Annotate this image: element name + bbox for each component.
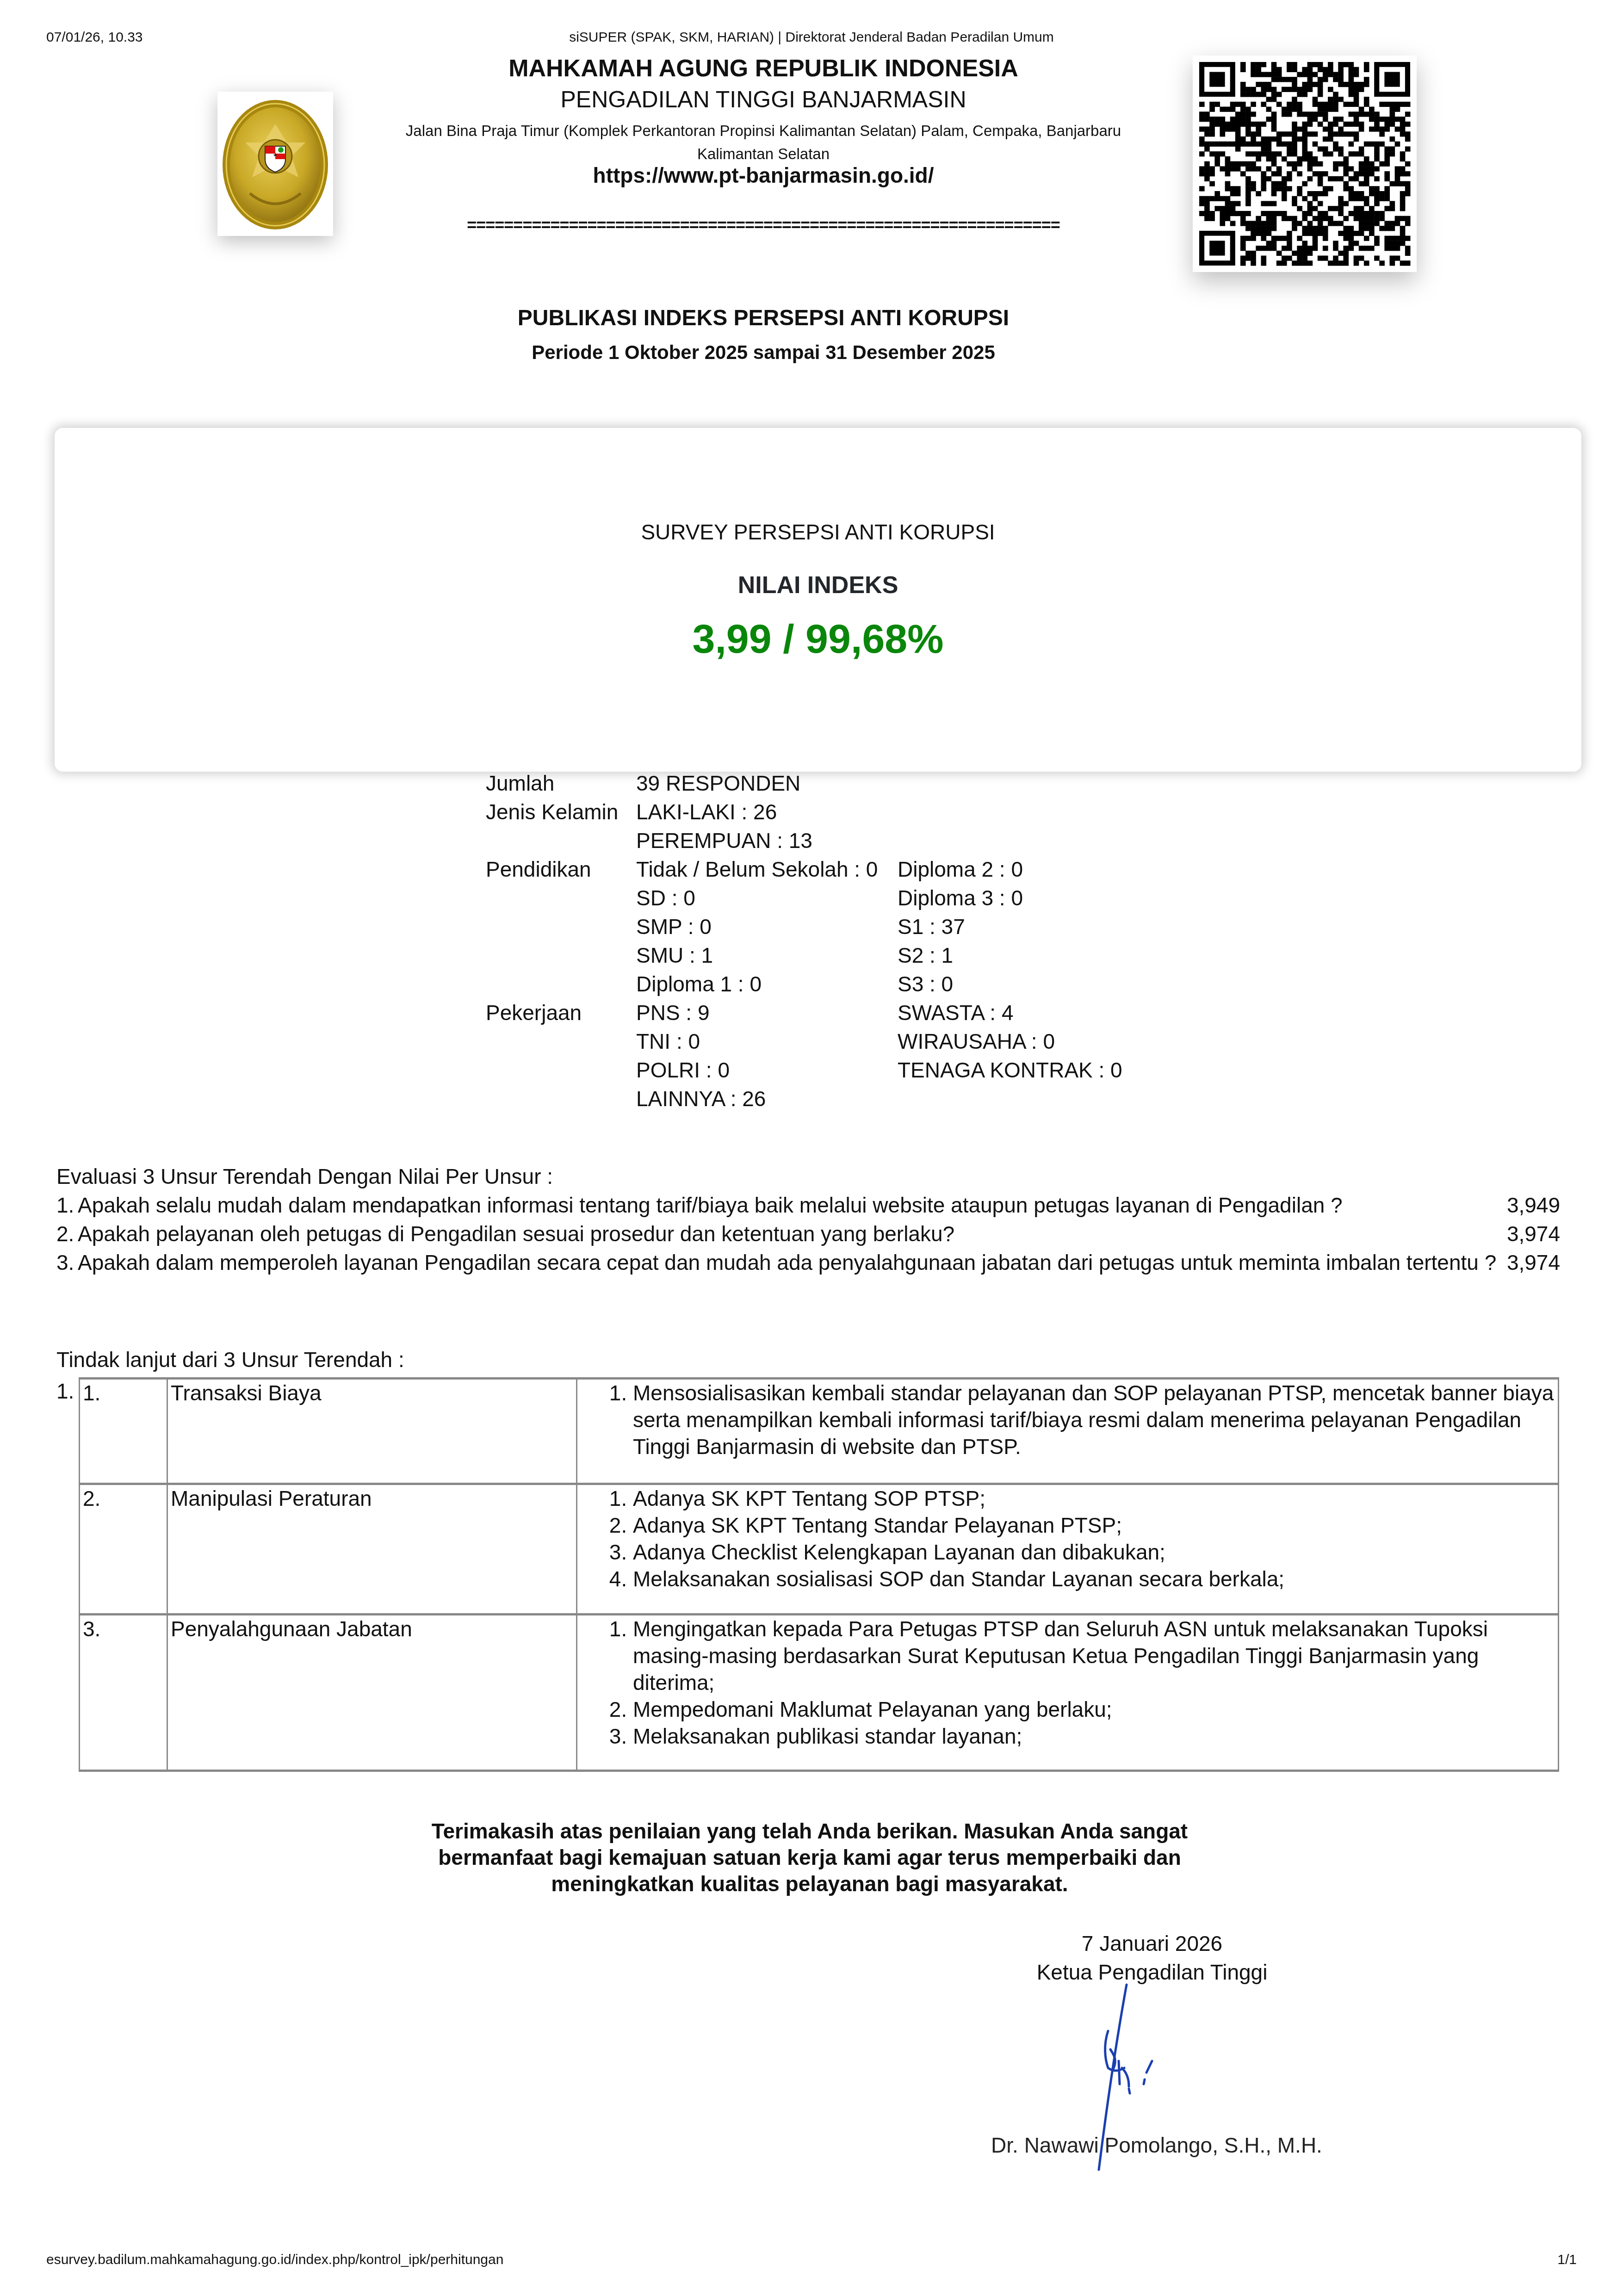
qr-code-icon: [1193, 56, 1417, 272]
evaluation-title: Evaluasi 3 Unsur Terendah Dengan Nilai P…: [56, 1162, 1560, 1191]
table-row: 1.Transaksi BiayaMensosialisasikan kemba…: [80, 1379, 1559, 1484]
respondent-row: Jenis KelaminLAKI-LAKI : 26: [486, 798, 1122, 826]
follow-up-action-item: Mensosialisasikan kembali standar pelaya…: [633, 1380, 1555, 1460]
court-address: Jalan Bina Praja Timur (Komplek Perkanto…: [356, 119, 1171, 166]
header-separator: ========================================…: [356, 217, 1171, 233]
page-number: 1/1: [1557, 2252, 1577, 2268]
respondent-value-secondary: Diploma 3 : 0: [898, 884, 1023, 912]
signer-name: Dr. Nawawi Pomolango, S.H., M.H.: [925, 2133, 1388, 2158]
separator-line-1: ========================================…: [356, 217, 1171, 233]
respondent-value: PNS : 9: [636, 998, 898, 1027]
respondent-value-secondary: TENAGA KONTRAK : 0: [898, 1056, 1122, 1084]
respondent-value-secondary: S1 : 37: [898, 912, 965, 941]
respondent-category: [486, 1084, 636, 1113]
follow-up-number: 3.: [80, 1615, 167, 1771]
follow-up-action-item: Mempedomani Maklumat Pelayanan yang berl…: [633, 1696, 1555, 1723]
respondent-value: SD : 0: [636, 884, 898, 912]
evaluation-section: Evaluasi 3 Unsur Terendah Dengan Nilai P…: [56, 1162, 1560, 1277]
evaluation-question: Apakah pelayanan oleh petugas di Pengadi…: [78, 1219, 1500, 1248]
follow-up-number: 2.: [80, 1484, 167, 1615]
respondent-row: POLRI : 0TENAGA KONTRAK : 0: [486, 1056, 1122, 1084]
index-card: SURVEY PERSEPSI ANTI KORUPSI NILAI INDEK…: [55, 428, 1581, 772]
respondent-value: TNI : 0: [636, 1027, 898, 1056]
respondent-category: [486, 826, 636, 855]
evaluation-item-number: 1.: [56, 1191, 78, 1219]
index-label: NILAI INDEKS: [55, 571, 1581, 599]
follow-up-number: 1.: [80, 1379, 167, 1484]
qr-code: [1193, 56, 1417, 272]
respondent-value: LAKI-LAKI : 26: [636, 798, 898, 826]
respondent-category: Jenis Kelamin: [486, 798, 636, 826]
respondent-value: Diploma 1 : 0: [636, 970, 898, 998]
respondent-row: Jumlah39 RESPONDEN: [486, 769, 1122, 798]
mahkamah-agung-emblem-icon: [217, 92, 333, 236]
respondent-category: Pekerjaan: [486, 998, 636, 1027]
respondent-category: [486, 970, 636, 998]
survey-label: SURVEY PERSEPSI ANTI KORUPSI: [55, 520, 1581, 545]
respondent-value-secondary: S2 : 1: [898, 941, 953, 970]
publication-title: PUBLIKASI INDEKS PERSEPSI ANTI KORUPSI: [356, 305, 1171, 331]
follow-up-table: 1.Transaksi BiayaMensosialisasikan kemba…: [79, 1377, 1559, 1772]
address-line-2: Kalimantan Selatan: [356, 142, 1171, 166]
follow-up-action-item: Melaksanakan publikasi standar layanan;: [633, 1723, 1555, 1750]
respondent-value-secondary: SWASTA : 4: [898, 998, 1014, 1027]
follow-up-element: Penyalahgunaan Jabatan: [167, 1615, 577, 1771]
respondent-value-secondary: WIRAUSAHA : 0: [898, 1027, 1055, 1056]
respondent-value: 39 RESPONDEN: [636, 769, 898, 798]
evaluation-question: Apakah dalam memperoleh layanan Pengadil…: [78, 1248, 1500, 1277]
evaluation-item: 2.Apakah pelayanan oleh petugas di Penga…: [56, 1219, 1560, 1248]
follow-up-element: Manipulasi Peraturan: [167, 1484, 577, 1615]
follow-up-action-item: Adanya SK KPT Tentang SOP PTSP;: [633, 1485, 1555, 1512]
follow-up-action-item: Adanya Checklist Kelengkapan Layanan dan…: [633, 1539, 1555, 1566]
follow-up-title: Tindak lanjut dari 3 Unsur Terendah :: [56, 1347, 404, 1372]
respondent-value: SMU : 1: [636, 941, 898, 970]
follow-up-outer-number: 1.: [56, 1379, 74, 1404]
respondent-row: PEREMPUAN : 13: [486, 826, 1122, 855]
evaluation-item-number: 2.: [56, 1219, 78, 1248]
signature-block: 7 Januari 2026 Ketua Pengadilan Tinggi: [944, 1929, 1360, 1987]
respondent-row: SMU : 1S2 : 1: [486, 941, 1122, 970]
follow-up-action-item: Mengingatkan kepada Para Petugas PTSP da…: [633, 1615, 1555, 1696]
respondent-summary: Jumlah39 RESPONDENJenis KelaminLAKI-LAKI…: [486, 769, 1122, 1113]
follow-up-actions: Adanya SK KPT Tentang SOP PTSP;Adanya SK…: [577, 1484, 1559, 1615]
respondent-value: LAINNYA : 26: [636, 1084, 898, 1113]
page-url: esurvey.badilum.mahkamahagung.go.id/inde…: [46, 2252, 503, 2268]
follow-up-action-item: Adanya SK KPT Tentang Standar Pelayanan …: [633, 1512, 1555, 1539]
court-website-link[interactable]: https://www.pt-banjarmasin.go.id/: [356, 163, 1171, 188]
respondent-row: TNI : 0WIRAUSAHA : 0: [486, 1027, 1122, 1056]
evaluation-score: 3,949: [1500, 1191, 1560, 1219]
respondent-row: SMP : 0S1 : 37: [486, 912, 1122, 941]
evaluation-score: 3,974: [1500, 1219, 1560, 1248]
respondent-value: POLRI : 0: [636, 1056, 898, 1084]
respondent-row: LAINNYA : 26: [486, 1084, 1122, 1113]
respondent-category: [486, 912, 636, 941]
respondent-value-secondary: S3 : 0: [898, 970, 953, 998]
address-line-1: Jalan Bina Praja Timur (Komplek Perkanto…: [356, 119, 1171, 142]
respondent-value: Tidak / Belum Sekolah : 0: [636, 855, 898, 884]
respondent-category: [486, 941, 636, 970]
follow-up-actions: Mengingatkan kepada Para Petugas PTSP da…: [577, 1615, 1559, 1771]
evaluation-question: Apakah selalu mudah dalam mendapatkan in…: [78, 1191, 1500, 1219]
follow-up-element: Transaksi Biaya: [167, 1379, 577, 1484]
evaluation-item-number: 3.: [56, 1248, 78, 1277]
respondent-value: PEREMPUAN : 13: [636, 826, 898, 855]
respondent-row: PendidikanTidak / Belum Sekolah : 0Diplo…: [486, 855, 1122, 884]
print-page-title: siSUPER (SPAK, SKM, HARIAN) | Direktorat…: [0, 30, 1623, 45]
table-row: 2.Manipulasi PeraturanAdanya SK KPT Tent…: [80, 1484, 1559, 1615]
follow-up-actions: Mensosialisasikan kembali standar pelaya…: [577, 1379, 1559, 1484]
respondent-category: [486, 1027, 636, 1056]
follow-up-action-item: Melaksanakan sosialisasi SOP dan Standar…: [633, 1566, 1555, 1592]
respondent-value: SMP : 0: [636, 912, 898, 941]
institution-name: MAHKAMAH AGUNG REPUBLIK INDONESIA: [356, 55, 1171, 82]
respondent-row: SD : 0Diploma 3 : 0: [486, 884, 1122, 912]
respondent-row: PekerjaanPNS : 9SWASTA : 4: [486, 998, 1122, 1027]
respondent-category: [486, 884, 636, 912]
publication-period: Periode 1 Oktober 2025 sampai 31 Desembe…: [356, 341, 1171, 364]
index-value: 3,99 / 99,68%: [55, 615, 1581, 662]
respondent-value-secondary: Diploma 2 : 0: [898, 855, 1023, 884]
signature-date: 7 Januari 2026: [944, 1929, 1360, 1958]
respondent-category: Pendidikan: [486, 855, 636, 884]
evaluation-score: 3,974: [1500, 1248, 1560, 1277]
evaluation-item: 1.Apakah selalu mudah dalam mendapatkan …: [56, 1191, 1560, 1219]
respondent-category: [486, 1056, 636, 1084]
table-row: 3.Penyalahgunaan JabatanMengingatkan kep…: [80, 1615, 1559, 1771]
court-name: PENGADILAN TINGGI BANJARMASIN: [356, 86, 1171, 113]
respondent-row: Diploma 1 : 0S3 : 0: [486, 970, 1122, 998]
court-logo: [217, 92, 333, 236]
thank-you-message: Terimakasih atas penilaian yang telah An…: [389, 1818, 1231, 1897]
respondent-category: Jumlah: [486, 769, 636, 798]
evaluation-item: 3.Apakah dalam memperoleh layanan Pengad…: [56, 1248, 1560, 1277]
